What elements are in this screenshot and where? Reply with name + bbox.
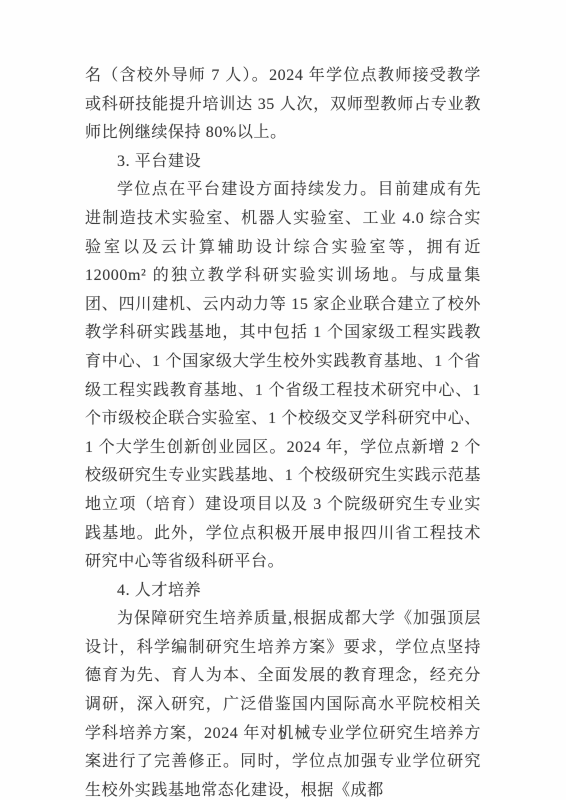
page-number: 2	[0, 728, 566, 743]
body-paragraph: 名（含校外导师 7 人）。2024 年学位点教师接受教学或科研技能提升培训达 3…	[85, 62, 481, 148]
section-heading: 4. 人才培养	[85, 577, 481, 606]
body-paragraph: 为保障研究生培养质量,根据成都大学《加强顶层设计，科学编制研究生培养方案》要求，…	[85, 605, 481, 800]
document-body: 名（含校外导师 7 人）。2024 年学位点教师接受教学或科研技能提升培训达 3…	[85, 62, 481, 800]
section-heading: 3. 平台建设	[85, 148, 481, 177]
document-page: 名（含校外导师 7 人）。2024 年学位点教师接受教学或科研技能提升培训达 3…	[0, 0, 566, 800]
body-paragraph: 学位点在平台建设方面持续发力。目前建成有先进制造技术实验室、机器人实验室、工业 …	[85, 176, 481, 576]
